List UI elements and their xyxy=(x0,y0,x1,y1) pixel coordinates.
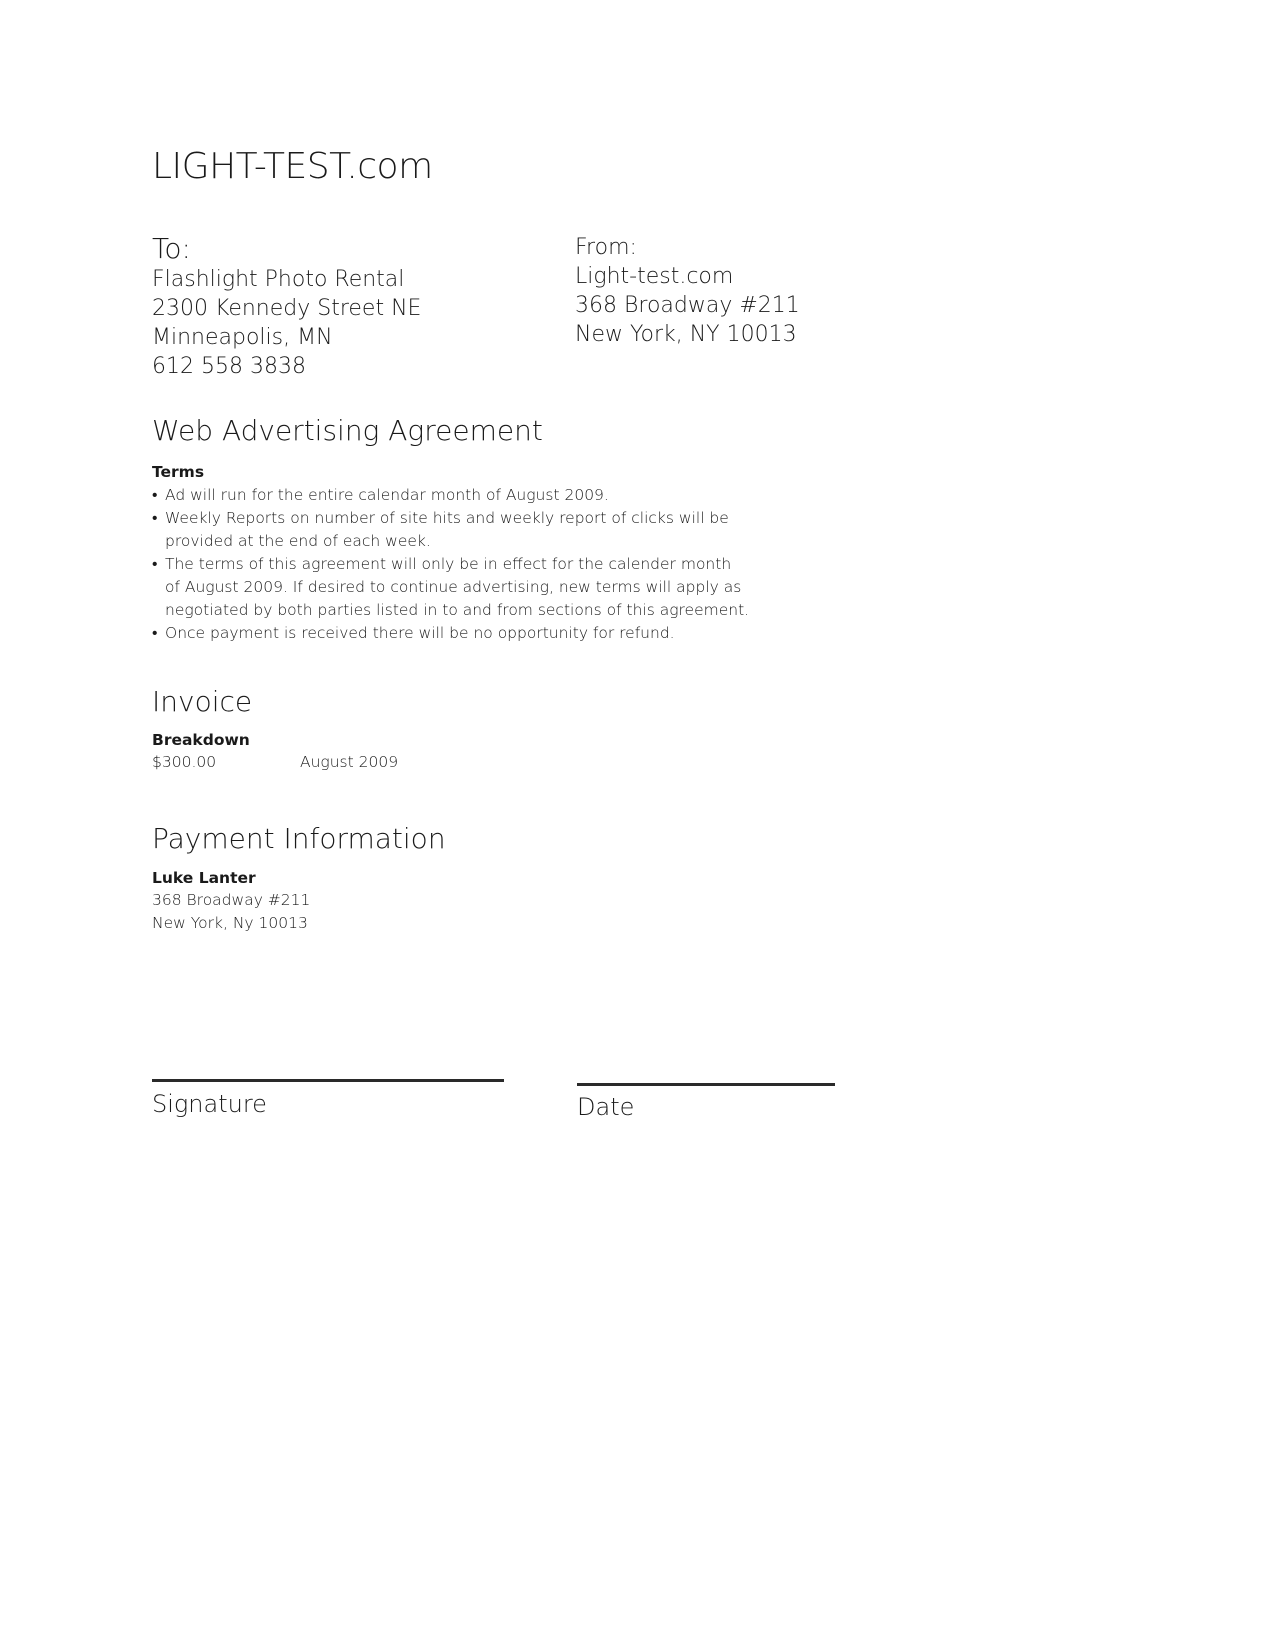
to-street: 2300 Kennedy Street NE xyxy=(152,294,421,323)
term-item: Ad will run for the entire calendar mont… xyxy=(152,484,749,507)
from-street: 368 Broadway #211 xyxy=(575,291,800,320)
terms-list: Ad will run for the entire calendar mont… xyxy=(152,484,749,645)
term-item: The terms of this agreement will only be… xyxy=(152,553,749,622)
term-item: Weekly Reports on number of site hits an… xyxy=(152,507,749,553)
term-item: Once payment is received there will be n… xyxy=(152,622,749,645)
to-phone: 612 558 3838 xyxy=(152,352,421,381)
payment-name: Luke Lanter xyxy=(152,869,256,887)
agreement-title: Web Advertising Agreement xyxy=(152,414,543,447)
invoice-amount: $300.00 xyxy=(152,751,216,774)
terms-heading: Terms xyxy=(152,463,204,481)
breakdown-heading: Breakdown xyxy=(152,731,250,749)
to-name: Flashlight Photo Rental xyxy=(152,265,421,294)
signature-label: Signature xyxy=(152,1090,267,1118)
to-block: To: Flashlight Photo Rental 2300 Kennedy… xyxy=(152,232,421,381)
date-line xyxy=(577,1083,835,1086)
to-label: To: xyxy=(152,232,421,265)
from-city: New York, NY 10013 xyxy=(575,320,800,349)
to-city: Minneapolis, MN xyxy=(152,323,421,352)
from-name: Light-test.com xyxy=(575,262,800,291)
from-label: From: xyxy=(575,233,800,262)
payment-title: Payment Information xyxy=(152,822,446,855)
payment-address: 368 Broadway #211 New York, Ny 10013 xyxy=(152,889,310,935)
from-block: From: Light-test.com 368 Broadway #211 N… xyxy=(575,233,800,349)
invoice-period: August 2009 xyxy=(300,751,398,774)
signature-line xyxy=(152,1079,504,1082)
date-label: Date xyxy=(577,1093,634,1121)
invoice-title: Invoice xyxy=(152,685,252,718)
brand-title: LIGHT-TEST.com xyxy=(152,146,433,187)
